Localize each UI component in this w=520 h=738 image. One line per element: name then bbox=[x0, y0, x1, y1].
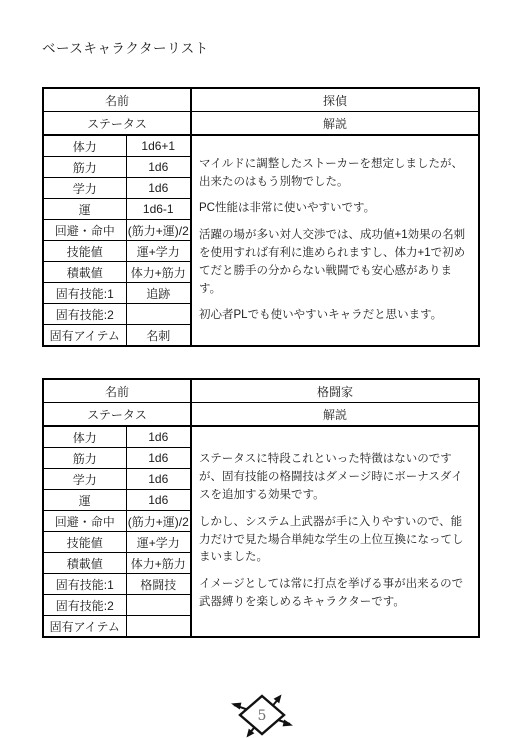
description-paragraph: 活躍の場が多い対人交渉では、成功値+1効果の名刺を使用すれば有利に進められますし… bbox=[199, 227, 471, 298]
stat-value: 体力+筋力 bbox=[126, 262, 191, 283]
stat-label: 学力 bbox=[43, 178, 126, 199]
table-header-row: 名前 格闘家 bbox=[43, 379, 479, 403]
stat-value: 名刺 bbox=[126, 325, 191, 347]
description-header-cell: 解説 bbox=[191, 112, 479, 136]
table-subheader-row: ステータス 解説 bbox=[43, 403, 479, 427]
stat-value: 1d6-1 bbox=[126, 199, 191, 220]
description-cell: ステータスに特段これといった特徴はないのですが、固有技能の格闘技はダメージ時にボ… bbox=[191, 426, 479, 637]
stat-value bbox=[126, 304, 191, 325]
description-paragraph: イメージとしては常に打点を挙げる事が出来るので武器縛りを楽しめるキャラクターです… bbox=[199, 576, 471, 612]
stat-value: 格闘技 bbox=[126, 574, 191, 595]
stat-label: 積載値 bbox=[43, 553, 126, 574]
stat-label: 学力 bbox=[43, 469, 126, 490]
stat-label: 回避・命中 bbox=[43, 511, 126, 532]
stat-label: 固有アイテム bbox=[43, 616, 126, 638]
stat-label: 固有技能:1 bbox=[43, 283, 126, 304]
page-title: ベースキャラクターリスト bbox=[42, 37, 209, 57]
stat-label: 運 bbox=[43, 199, 126, 220]
description-paragraph: PC性能は非常に使いやすいです。 bbox=[199, 200, 471, 218]
description-cell: マイルドに調整したストーカーを想定しましたが、出来たのはもう別物でした。PC性能… bbox=[191, 135, 479, 346]
stat-value: 1d6+1 bbox=[126, 135, 191, 157]
description-paragraph: ステータスに特段これといった特徴はないのですが、固有技能の格闘技はダメージ時にボ… bbox=[199, 451, 471, 504]
stat-value: 追跡 bbox=[126, 283, 191, 304]
stat-label: 回避・命中 bbox=[43, 220, 126, 241]
stat-value bbox=[126, 595, 191, 616]
character-table-detective: 名前 探偵 ステータス 解説 体力1d6+1マイルドに調整したストーカーを想定し… bbox=[42, 87, 480, 347]
character-table-fighter: 名前 格闘家 ステータス 解説 体力1d6ステータスに特段これといった特徴はない… bbox=[42, 378, 480, 638]
name-header-cell: 名前 bbox=[43, 379, 191, 403]
table-subheader-row: ステータス 解説 bbox=[43, 112, 479, 136]
stat-value: 1d6 bbox=[126, 157, 191, 178]
stat-row: 体力1d6+1マイルドに調整したストーカーを想定しましたが、出来たのはもう別物で… bbox=[43, 135, 479, 157]
table-header-row: 名前 探偵 bbox=[43, 88, 479, 112]
stat-label: 筋力 bbox=[43, 448, 126, 469]
stat-row: 体力1d6ステータスに特段これといった特徴はないのですが、固有技能の格闘技はダメ… bbox=[43, 426, 479, 448]
status-header-cell: ステータス bbox=[43, 112, 191, 136]
stat-label: 技能値 bbox=[43, 241, 126, 262]
page-number: 5 bbox=[258, 708, 267, 724]
stat-label: 固有技能:1 bbox=[43, 574, 126, 595]
stat-label: 筋力 bbox=[43, 157, 126, 178]
stat-value: (筋力+運)/2 bbox=[126, 511, 191, 532]
page-number-ornament: 5 bbox=[230, 693, 294, 738]
character-name-cell: 格闘家 bbox=[191, 379, 479, 403]
stat-value: 1d6 bbox=[126, 448, 191, 469]
stat-value: 1d6 bbox=[126, 469, 191, 490]
stat-value: (筋力+運)/2 bbox=[126, 220, 191, 241]
stat-value: 運+学力 bbox=[126, 532, 191, 553]
stat-value: 1d6 bbox=[126, 426, 191, 448]
name-header-cell: 名前 bbox=[43, 88, 191, 112]
stat-label: 運 bbox=[43, 490, 126, 511]
stat-label: 技能値 bbox=[43, 532, 126, 553]
stat-label: 体力 bbox=[43, 426, 126, 448]
compass-arrows-icon: 5 bbox=[230, 693, 294, 738]
stat-label: 積載値 bbox=[43, 262, 126, 283]
description-header-cell: 解説 bbox=[191, 403, 479, 427]
status-header-cell: ステータス bbox=[43, 403, 191, 427]
stat-label: 固有技能:2 bbox=[43, 304, 126, 325]
stat-value: 1d6 bbox=[126, 178, 191, 199]
document-page: ベースキャラクターリスト 名前 探偵 ステータス 解説 体力1d6+1マイルドに… bbox=[0, 0, 520, 738]
stat-value: 1d6 bbox=[126, 490, 191, 511]
stat-value: 体力+筋力 bbox=[126, 553, 191, 574]
description-paragraph: 初心者PLでも使いやすいキャラだと思います。 bbox=[199, 307, 471, 325]
stat-label: 固有技能:2 bbox=[43, 595, 126, 616]
stat-label: 体力 bbox=[43, 135, 126, 157]
stat-value bbox=[126, 616, 191, 638]
character-name-cell: 探偵 bbox=[191, 88, 479, 112]
stat-label: 固有アイテム bbox=[43, 325, 126, 347]
stat-value: 運+学力 bbox=[126, 241, 191, 262]
description-paragraph: マイルドに調整したストーカーを想定しましたが、出来たのはもう別物でした。 bbox=[199, 156, 471, 192]
description-paragraph: しかし、システム上武器が手に入りやすいので、能力だけで見た場合単純な学生の上位互… bbox=[199, 514, 471, 567]
